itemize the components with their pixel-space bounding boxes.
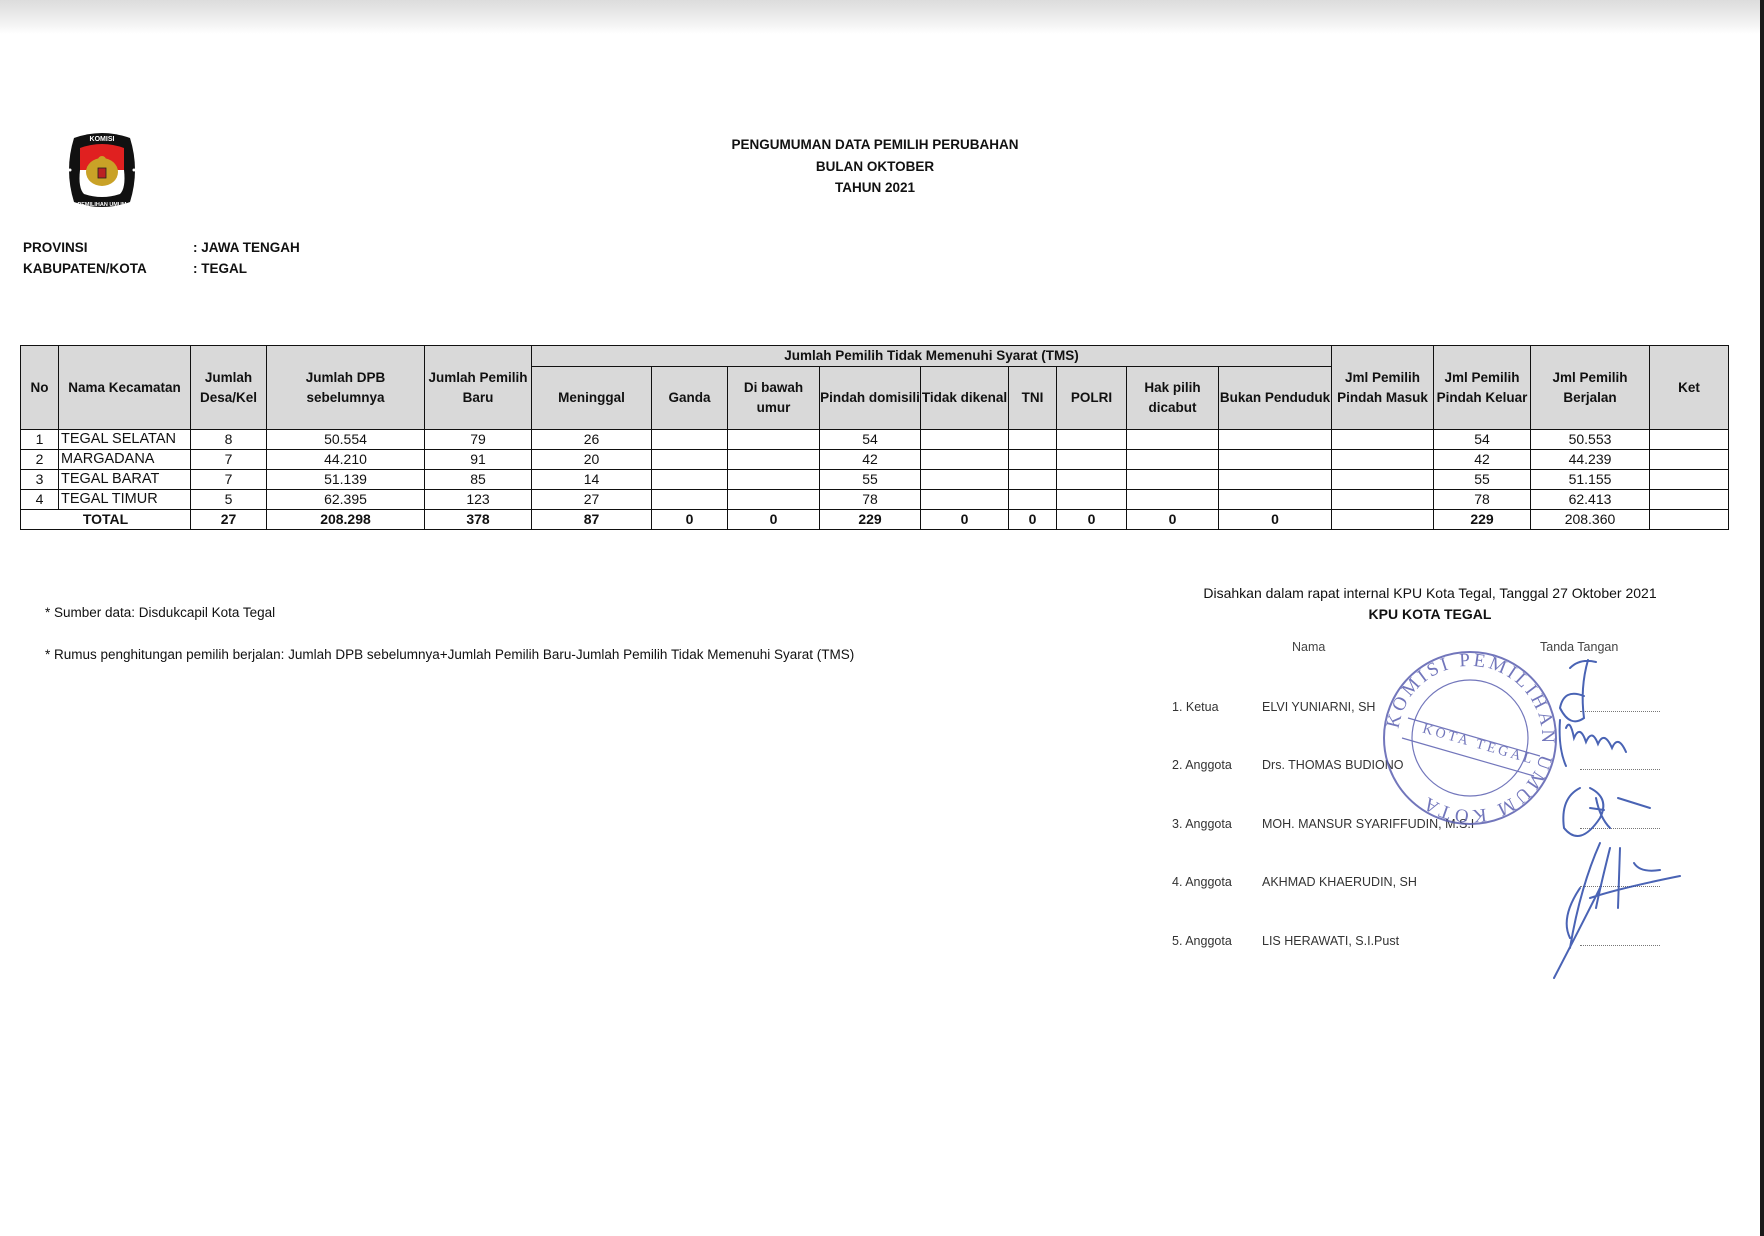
cell-desa: 7 <box>191 450 267 470</box>
table-row: 3TEGAL BARAT751.1398514555551.155 <box>21 470 1729 490</box>
cell-masuk <box>1332 450 1434 470</box>
cell-baru: 123 <box>425 490 532 510</box>
table-total-row: TOTAL27208.298378870022900000229208.360 <box>21 510 1729 530</box>
cell-total-tms-4: 0 <box>921 510 1009 530</box>
cell-desa: 8 <box>191 430 267 450</box>
cell-tms-2 <box>728 490 820 510</box>
header-keluar: Jml Pemilih Pindah Keluar <box>1434 346 1531 430</box>
cell-tms-2 <box>728 470 820 490</box>
cell-tms-4 <box>921 470 1009 490</box>
signatory-row: 1. KetuaELVI YUNIARNI, SH <box>1172 700 1375 714</box>
cell-tms-8 <box>1219 430 1332 450</box>
cell-no: 1 <box>21 430 59 450</box>
header-tms-1: Ganda <box>652 367 728 430</box>
cell-tms-5 <box>1009 470 1057 490</box>
note-formula: * Rumus penghitungan pemilih berjalan: J… <box>45 647 854 662</box>
signature-icon <box>1540 648 1720 993</box>
cell-total-tms-5: 0 <box>1009 510 1057 530</box>
cell-nama: MARGADANA <box>59 450 191 470</box>
cell-tms-3: 54 <box>820 430 921 450</box>
cell-keluar: 54 <box>1434 430 1531 450</box>
cell-tms-7 <box>1127 430 1219 450</box>
cell-tms-0: 27 <box>532 490 652 510</box>
approval-org: KPU KOTA TEGAL <box>1150 604 1710 625</box>
header-tms-0: Meninggal <box>532 367 652 430</box>
signatory-name: LIS HERAWATI, S.I.Pust <box>1262 934 1399 948</box>
cell-keluar: 78 <box>1434 490 1531 510</box>
cell-total-tms-8: 0 <box>1219 510 1332 530</box>
cell-tms-3: 55 <box>820 470 921 490</box>
cell-masuk <box>1332 470 1434 490</box>
cell-tms-0: 26 <box>532 430 652 450</box>
header-tms-6: POLRI <box>1057 367 1127 430</box>
document-title: PENGUMUMAN DATA PEMILIH PERUBAHAN BULAN … <box>600 134 1150 199</box>
header-tms-group: Jumlah Pemilih Tidak Memenuhi Syarat (TM… <box>532 346 1332 367</box>
cell-nama: TEGAL SELATAN <box>59 430 191 450</box>
cell-total-tms-0: 87 <box>532 510 652 530</box>
signatory-role: 1. Ketua <box>1172 700 1262 714</box>
title-line-2: BULAN OKTOBER <box>600 156 1150 178</box>
signatory-role: 4. Anggota <box>1172 875 1262 889</box>
cell-tms-3: 78 <box>820 490 921 510</box>
cell-tms-8 <box>1219 470 1332 490</box>
cell-ket <box>1650 470 1729 490</box>
cell-total-label: TOTAL <box>21 510 191 530</box>
cell-baru: 91 <box>425 450 532 470</box>
header-no: No <box>21 346 59 430</box>
cell-total-berjalan: 208.360 <box>1531 510 1650 530</box>
cell-dpb: 51.139 <box>267 470 425 490</box>
column-name-label: Nama <box>1292 640 1325 654</box>
cell-total-dpb: 208.298 <box>267 510 425 530</box>
cell-tms-7 <box>1127 470 1219 490</box>
cell-berjalan: 44.239 <box>1531 450 1650 470</box>
title-line-1: PENGUMUMAN DATA PEMILIH PERUBAHAN <box>600 134 1150 156</box>
signatory-row: 5. AnggotaLIS HERAWATI, S.I.Pust <box>1172 934 1399 948</box>
cell-total-tms-3: 229 <box>820 510 921 530</box>
table-row: 4TEGAL TIMUR562.39512327787862.413 <box>21 490 1729 510</box>
signatory-role: 5. Anggota <box>1172 934 1262 948</box>
header-tms-8: Bukan Penduduk <box>1219 367 1332 430</box>
cell-keluar: 42 <box>1434 450 1531 470</box>
cell-total-keluar: 229 <box>1434 510 1531 530</box>
cell-total-tms-1: 0 <box>652 510 728 530</box>
table-row: 2MARGADANA744.2109120424244.239 <box>21 450 1729 470</box>
meta-value: : TEGAL <box>193 261 247 282</box>
signatory-row: 4. AnggotaAKHMAD KHAERUDIN, SH <box>1172 875 1417 889</box>
cell-no: 2 <box>21 450 59 470</box>
cell-tms-6 <box>1057 430 1127 450</box>
cell-tms-8 <box>1219 450 1332 470</box>
header-dpb: Jumlah DPB sebelumnya <box>267 346 425 430</box>
cell-tms-3: 42 <box>820 450 921 470</box>
cell-tms-1 <box>652 490 728 510</box>
cell-tms-1 <box>652 430 728 450</box>
cell-keluar: 55 <box>1434 470 1531 490</box>
header-tms-5: TNI <box>1009 367 1057 430</box>
svg-text:PEMILIHAN UMUM: PEMILIHAN UMUM <box>78 202 127 208</box>
cell-tms-6 <box>1057 490 1127 510</box>
cell-tms-0: 14 <box>532 470 652 490</box>
cell-berjalan: 51.155 <box>1531 470 1650 490</box>
cell-tms-1 <box>652 470 728 490</box>
cell-tms-6 <box>1057 450 1127 470</box>
viewer-top-shade <box>0 0 1764 34</box>
approval-block: Disahkan dalam rapat internal KPU Kota T… <box>1150 583 1710 625</box>
cell-tms-7 <box>1127 490 1219 510</box>
cell-desa: 7 <box>191 470 267 490</box>
cell-dpb: 62.395 <box>267 490 425 510</box>
header-tms-7: Hak pilih dicabut <box>1127 367 1219 430</box>
header-tms-2: Di bawah umur <box>728 367 820 430</box>
cell-total-baru: 378 <box>425 510 532 530</box>
signatory-role: 2. Anggota <box>1172 758 1262 772</box>
cell-baru: 85 <box>425 470 532 490</box>
header-tms-3: Pindah domisili <box>820 367 921 430</box>
svg-text:KOMISI: KOMISI <box>90 136 115 143</box>
note-source: * Sumber data: Disdukcapil Kota Tegal <box>45 605 275 620</box>
cell-tms-6 <box>1057 470 1127 490</box>
cell-berjalan: 50.553 <box>1531 430 1650 450</box>
meta-label: KABUPATEN/KOTA <box>23 261 193 282</box>
svg-text:KOTA TEGAL: KOTA TEGAL <box>1421 722 1537 768</box>
cell-tms-7 <box>1127 450 1219 470</box>
cell-total-tms-7: 0 <box>1127 510 1219 530</box>
table-row: 1TEGAL SELATAN850.5547926545450.553 <box>21 430 1729 450</box>
cell-baru: 79 <box>425 430 532 450</box>
approval-statement: Disahkan dalam rapat internal KPU Kota T… <box>1150 583 1710 604</box>
meta-value: : JAWA TENGAH <box>193 240 300 261</box>
cell-total-tms-6: 0 <box>1057 510 1127 530</box>
cell-total-tms-2: 0 <box>728 510 820 530</box>
cell-masuk <box>1332 490 1434 510</box>
cell-ket <box>1650 490 1729 510</box>
cell-tms-5 <box>1009 490 1057 510</box>
header-berjalan: Jml Pemilih Berjalan <box>1531 346 1650 430</box>
cell-tms-5 <box>1009 450 1057 470</box>
meta-kabupaten: KABUPATEN/KOTA : TEGAL <box>23 261 300 282</box>
official-stamp-icon: KOMISI PEMILIHAN UMUM KOTA KOTA TEGAL <box>1380 648 1560 828</box>
cell-total-ket <box>1650 510 1729 530</box>
cell-dpb: 50.554 <box>267 430 425 450</box>
cell-berjalan: 62.413 <box>1531 490 1650 510</box>
signatory-role: 3. Anggota <box>1172 817 1262 831</box>
header-tms-4: Tidak dikenal <box>921 367 1009 430</box>
cell-no: 3 <box>21 470 59 490</box>
signatory-name: AKHMAD KHAERUDIN, SH <box>1262 875 1417 889</box>
cell-tms-2 <box>728 450 820 470</box>
cell-total-masuk <box>1332 510 1434 530</box>
title-line-3: TAHUN 2021 <box>600 177 1150 199</box>
cell-tms-4 <box>921 430 1009 450</box>
cell-desa: 5 <box>191 490 267 510</box>
kpu-logo-icon: KOMISI PEMILIHAN UMUM <box>62 130 142 210</box>
cell-tms-4 <box>921 490 1009 510</box>
cell-nama: TEGAL TIMUR <box>59 490 191 510</box>
cell-tms-1 <box>652 450 728 470</box>
signatory-name: ELVI YUNIARNI, SH <box>1262 700 1375 714</box>
cell-tms-8 <box>1219 490 1332 510</box>
header-ket: Ket <box>1650 346 1729 430</box>
voter-data-table: No Nama Kecamatan Jumlah Desa/Kel Jumlah… <box>20 345 1729 530</box>
cell-tms-4 <box>921 450 1009 470</box>
cell-masuk <box>1332 430 1434 450</box>
header-baru: Jumlah Pemilih Baru <box>425 346 532 430</box>
meta-provinsi: PROVINSI : JAWA TENGAH <box>23 240 300 261</box>
cell-no: 4 <box>21 490 59 510</box>
region-meta: PROVINSI : JAWA TENGAH KABUPATEN/KOTA : … <box>23 240 300 282</box>
meta-label: PROVINSI <box>23 240 193 261</box>
cell-tms-5 <box>1009 430 1057 450</box>
cell-total-desa: 27 <box>191 510 267 530</box>
cell-tms-0: 20 <box>532 450 652 470</box>
header-nama: Nama Kecamatan <box>59 346 191 430</box>
header-masuk: Jml Pemilih Pindah Masuk <box>1332 346 1434 430</box>
cell-dpb: 44.210 <box>267 450 425 470</box>
cell-nama: TEGAL BARAT <box>59 470 191 490</box>
cell-ket <box>1650 430 1729 450</box>
cell-tms-2 <box>728 430 820 450</box>
signatory-row: 2. AnggotaDrs. THOMAS BUDIONO <box>1172 758 1403 772</box>
cell-ket <box>1650 450 1729 470</box>
header-desa: Jumlah Desa/Kel <box>191 346 267 430</box>
viewer-right-edge <box>1760 0 1764 1236</box>
